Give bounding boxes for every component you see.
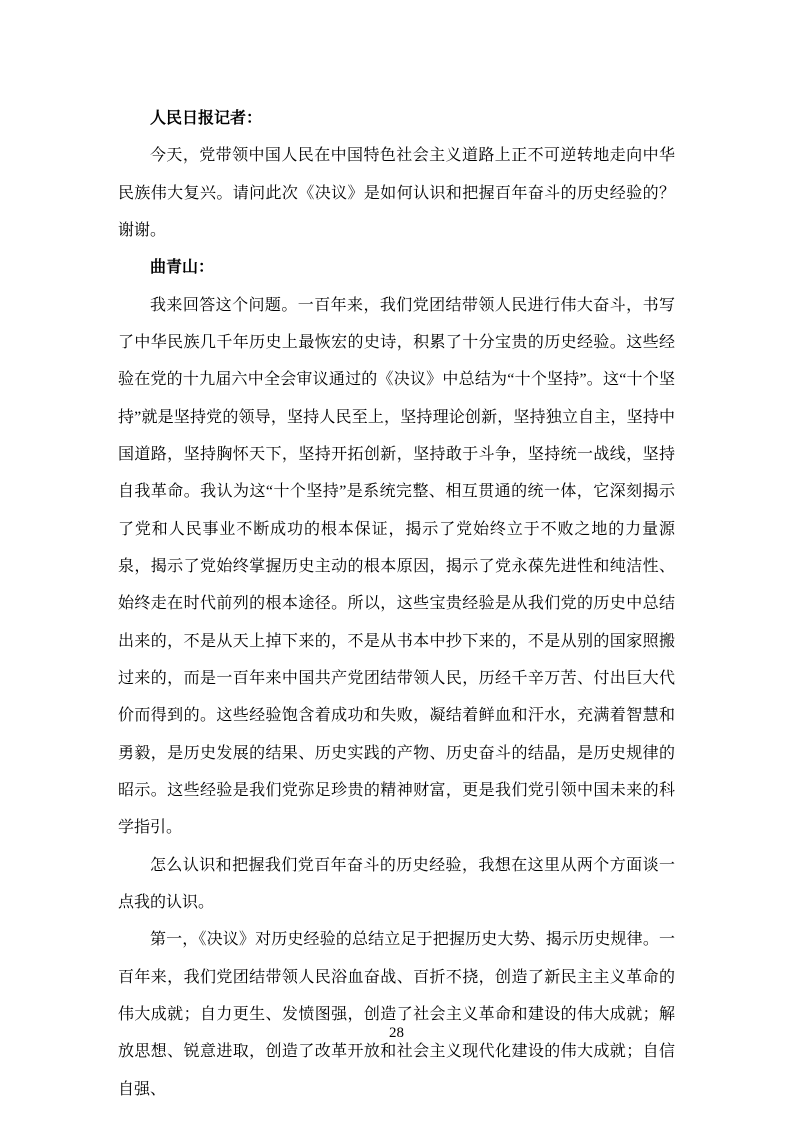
- paragraph-answer-experience-summary: 我来回答这个问题。一百年来，我们党团结带领人民进行伟大奋斗，书写了中华民族几千年…: [118, 287, 675, 847]
- paragraph-answer-two-aspects-intro: 怎么认识和把握我们党百年奋斗的历史经验，我想在这里从两个方面谈一点我的认识。: [118, 847, 675, 922]
- page-number: 28: [0, 1022, 793, 1044]
- document-page: 人民日报记者： 今天，党带领中国人民在中国特色社会主义道路上正不可逆转地走向中华…: [0, 0, 793, 1122]
- document-body: 人民日报记者： 今天，党带领中国人民在中国特色社会主义道路上正不可逆转地走向中华…: [118, 100, 675, 1108]
- speaker-heading-qu-qingshan: 曲青山：: [118, 249, 675, 286]
- paragraph-answer-first-point: 第一，《决议》对历史经验的总结立足于把握历史大势、揭示历史规律。一百年来，我们党…: [118, 921, 675, 1108]
- speaker-heading-peoples-daily-reporter: 人民日报记者：: [118, 100, 675, 137]
- paragraph-reporter-question: 今天，党带领中国人民在中国特色社会主义道路上正不可逆转地走向中华民族伟大复兴。请…: [118, 137, 675, 249]
